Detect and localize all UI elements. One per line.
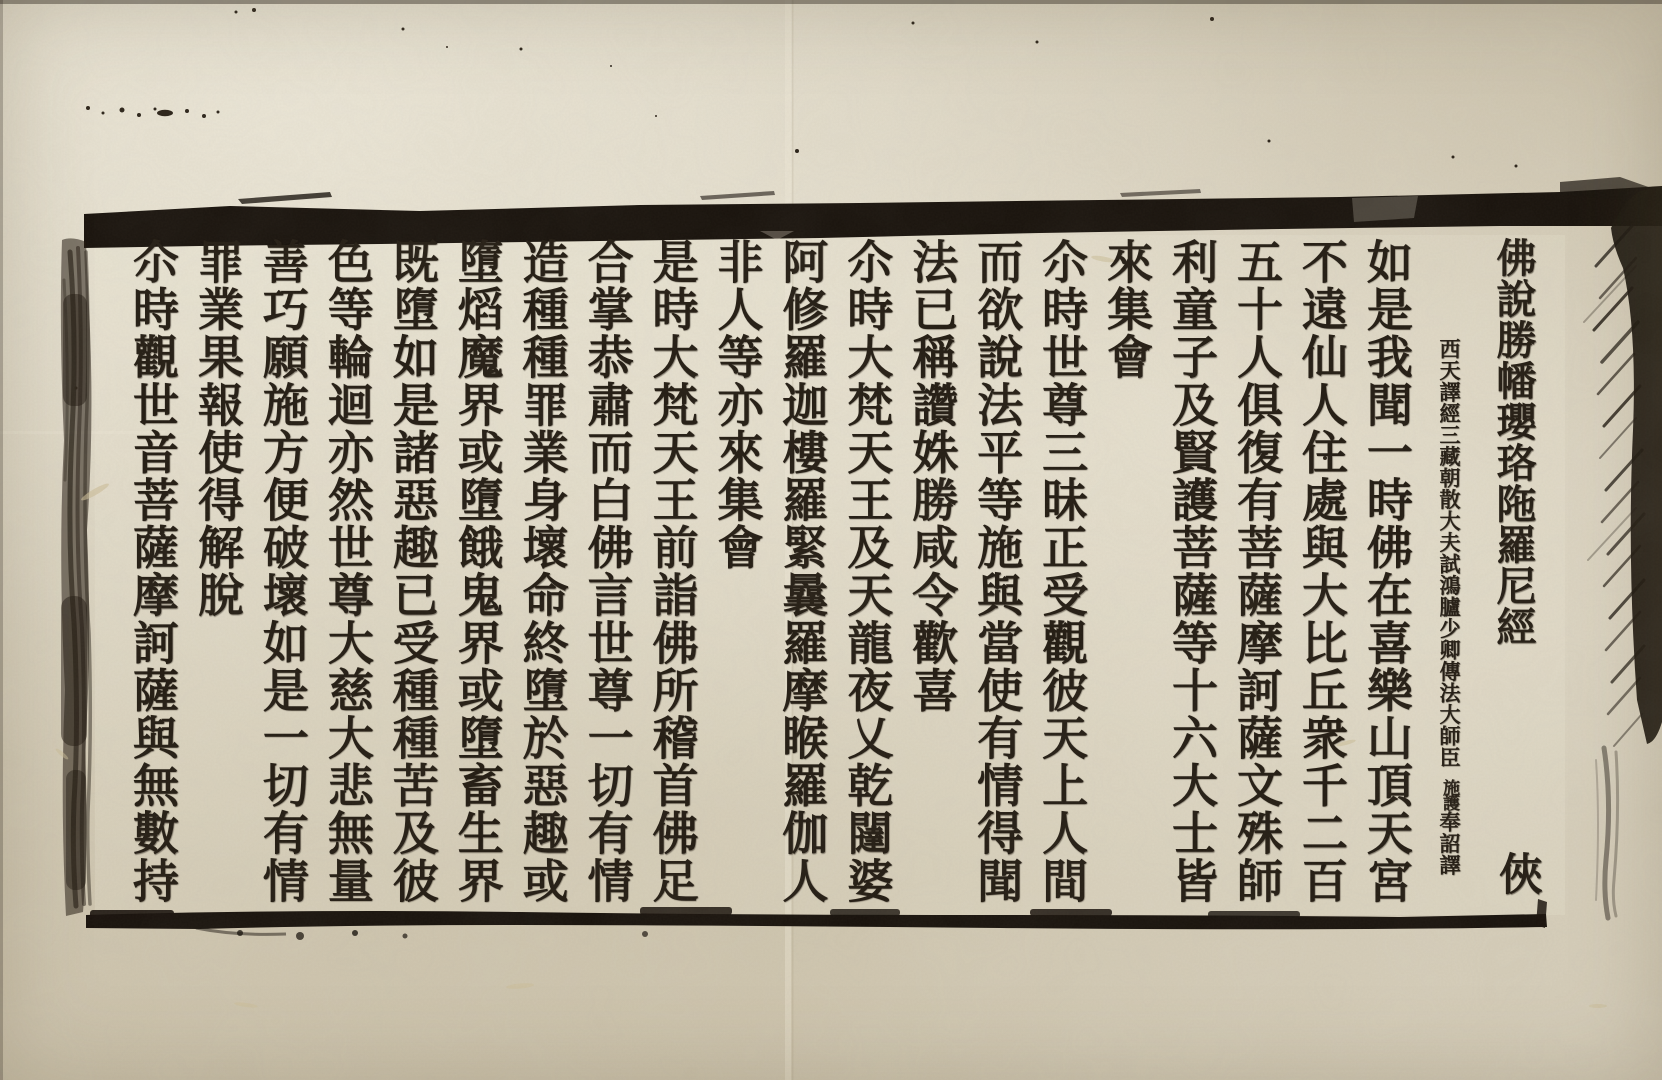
sutra-column: 利童子及賢護菩薩等十六大士皆 [1163, 238, 1221, 928]
photo-edge-left [0, 0, 3, 1080]
sutra-column: 法已稱讚姝勝咸令歡喜 [903, 238, 961, 928]
sutra-column: 合掌恭肅而白佛言世尊一切有情 [579, 238, 637, 928]
sutra-column: 尒時觀世音菩薩摩訶薩與無數持 [124, 238, 182, 928]
sutra-column: 非人等亦來集會 [708, 238, 766, 928]
sutra-column: 五十人俱復有菩薩摩訶薩文殊師 [1228, 238, 1286, 928]
sutra-column: 造種種罪業身壞命終墮於惡趣或 [514, 238, 572, 928]
sutra-column: 來集會 [1098, 238, 1156, 928]
translator-imprimatur: 奉詔譯 [1437, 811, 1462, 876]
sutra-column: 是時大梵天王前詣佛所稽首佛足 [644, 238, 702, 928]
sutra-column: 尒時世尊三昧正受觀彼天上人間 [1033, 238, 1091, 928]
frame-left-band [61, 238, 92, 916]
collation-marker: 俠 [1486, 851, 1546, 911]
translator-office: 西天譯經三藏朝散大夫試鴻臚少卿傳法大師臣 [1437, 338, 1462, 768]
sutra-title: 佛說勝幡瓔珞陁羅尼經 [1482, 237, 1544, 677]
photo-edge-top [0, 0, 1662, 4]
translator-name: 施護 [1439, 779, 1459, 809]
sutra-columns: 如是我聞一時佛在喜樂山頂天宮 不遠仙人住處與大比丘衆千二百 五十人俱復有菩薩摩訶… [124, 238, 1416, 928]
sutra-column: 而欲說法平等施與當使有情得聞 [968, 238, 1026, 928]
sutra-column: 善巧願施方便破壞如是一切有情 [254, 238, 312, 928]
sutra-page: { "title": "佛說勝幡瓔珞陁羅尼經", "translator": {… [0, 0, 1662, 1080]
sutra-column: 既墮如是諸惡趣已受種種苦及彼 [384, 238, 442, 928]
sutra-column: 墮熖魔界或墮餓鬼界或墮畜生界 [449, 238, 507, 928]
sutra-column: 阿修羅迦樓羅緊曩羅摩睺羅伽人 [773, 238, 831, 928]
sutra-column: 色等輪迴亦然世尊大慈大悲無量 [319, 238, 377, 928]
sutra-column: 尒時大梵天王及天龍夜乂乾闥婆 [838, 238, 896, 928]
translator-attribution: 西天譯經三藏朝散大夫試鴻臚少卿傳法大師臣施護奉詔譯 [1426, 338, 1472, 938]
sutra-column: 不遠仙人住處與大比丘衆千二百 [1293, 238, 1351, 928]
frame-right-band [1584, 186, 1662, 918]
sutra-column: 罪業果報使得解脫 [189, 238, 247, 928]
sutra-column: 如是我聞一時佛在喜樂山頂天宮 [1358, 238, 1416, 928]
